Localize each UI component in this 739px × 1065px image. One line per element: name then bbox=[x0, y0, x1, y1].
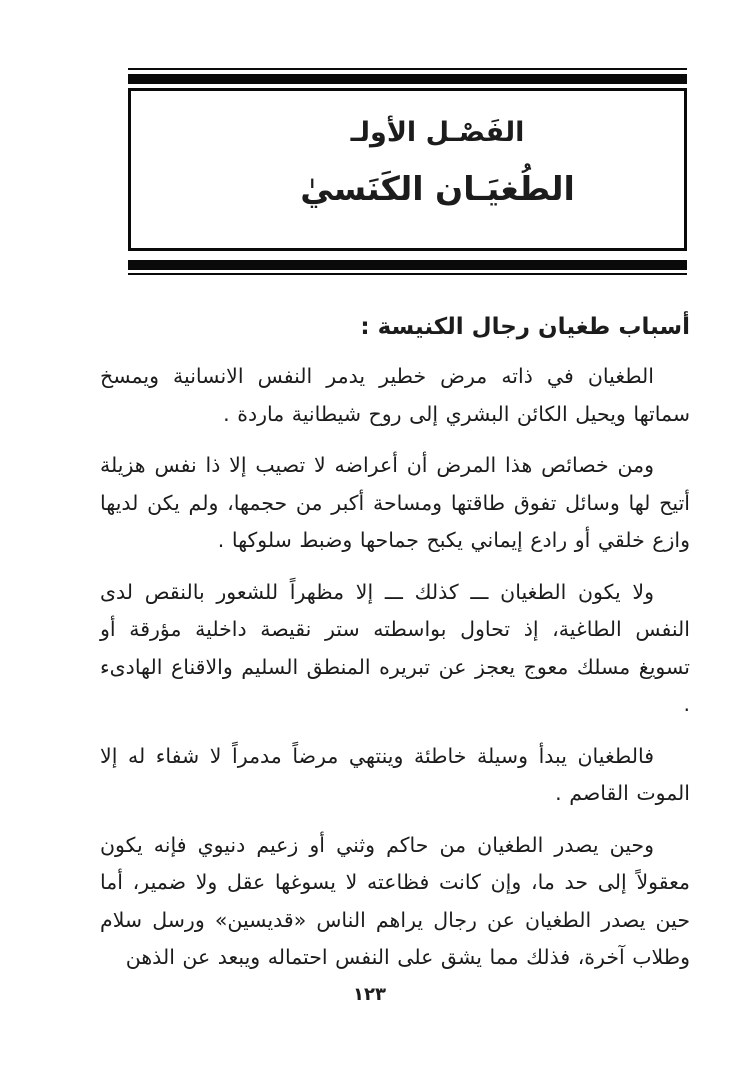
body-text-block: أسباب طغيان رجال الكنيسة : الطغيان في ذا… bbox=[100, 312, 690, 977]
section-heading: أسباب طغيان رجال الكنيسة : bbox=[100, 312, 690, 342]
frame-gap bbox=[128, 251, 687, 260]
frame-bottom-thick-rule bbox=[128, 260, 687, 270]
chapter-title-text: الطُغيَـان الكَنَسيٰ bbox=[300, 167, 575, 211]
chapter-title-box: الفَصْـل الأولـ الطُغيَـان الكَنَسيٰ bbox=[128, 88, 687, 251]
page-number: ١٢٣ bbox=[0, 984, 739, 1005]
chapter-number-label: الفَصْـل الأولـ bbox=[351, 115, 525, 151]
body-paragraph: فالطغيان يبدأ وسيلة خاطئة وينتهي مرضاً م… bbox=[100, 738, 690, 813]
chapter-frame: الفَصْـل الأولـ الطُغيَـان الكَنَسيٰ bbox=[128, 68, 687, 275]
body-paragraph: وحين يصدر الطغيان من حاكم وثني أو زعيم د… bbox=[100, 827, 690, 977]
frame-top-thick-rule bbox=[128, 74, 687, 84]
chapter-title-group: الفَصْـل الأولـ الطُغيَـان الكَنَسيٰ bbox=[300, 115, 575, 211]
body-paragraph: ومن خصائص هذا المرض أن أعراضه لا تصيب إل… bbox=[100, 447, 690, 560]
body-paragraph: ولا يكون الطغيان ـــ كذلك ـــ إلا مظهراً… bbox=[100, 574, 690, 724]
frame-bottom-thin-rule bbox=[128, 273, 687, 275]
body-paragraph: الطغيان في ذاته مرض خطير يدمر النفس الان… bbox=[100, 358, 690, 433]
